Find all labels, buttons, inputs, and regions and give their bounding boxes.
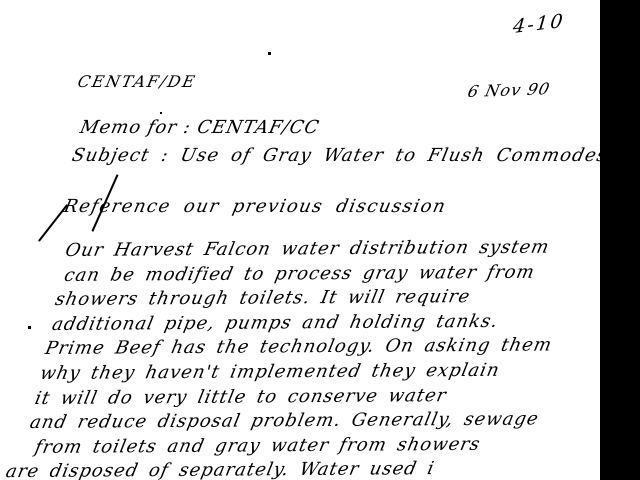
memo-for-line: Memo for : CENTAF/CC: [78, 117, 322, 138]
scan-noise-dot: [28, 326, 31, 329]
scanned-memo-page: 4-10 CENTAF/DE 6 Nov 90 Memo for : CENTA…: [0, 0, 640, 480]
body-line: why they haven't implemented they explai…: [38, 358, 551, 386]
page-number-mark: 4-10: [512, 10, 566, 38]
body-line: can be modified to process gray water fr…: [62, 260, 575, 288]
scan-edge-bar: [600, 0, 640, 480]
body-line: showers through toilets. It will require: [53, 285, 566, 313]
subject-line: Subject : Use of Gray Water to Flush Com…: [70, 145, 610, 166]
body-line: from toilets and gray water from showers: [33, 432, 546, 460]
body-line: Our Harvest Falcon water distribution sy…: [63, 235, 576, 263]
body-line: additional pipe, pumps and holding tanks…: [50, 309, 563, 337]
scan-noise-dot: [268, 52, 271, 55]
body-line: and reduce disposal problem. Generally, …: [28, 408, 541, 436]
body-line: it will do very little to conserve water: [33, 383, 546, 411]
memo-body: Our Harvest Falcon water distribution sy…: [17, 235, 576, 480]
scan-noise-dot: [160, 112, 162, 114]
memo-date: 6 Nov 90: [466, 79, 552, 101]
reference-line: Reference our previous discussion: [62, 196, 448, 217]
body-line: are disposed of separately. Water used i: [3, 457, 516, 480]
office-symbol: CENTAF/DE: [76, 72, 198, 91]
body-line: Prime Beef has the technology. On asking…: [43, 334, 556, 362]
